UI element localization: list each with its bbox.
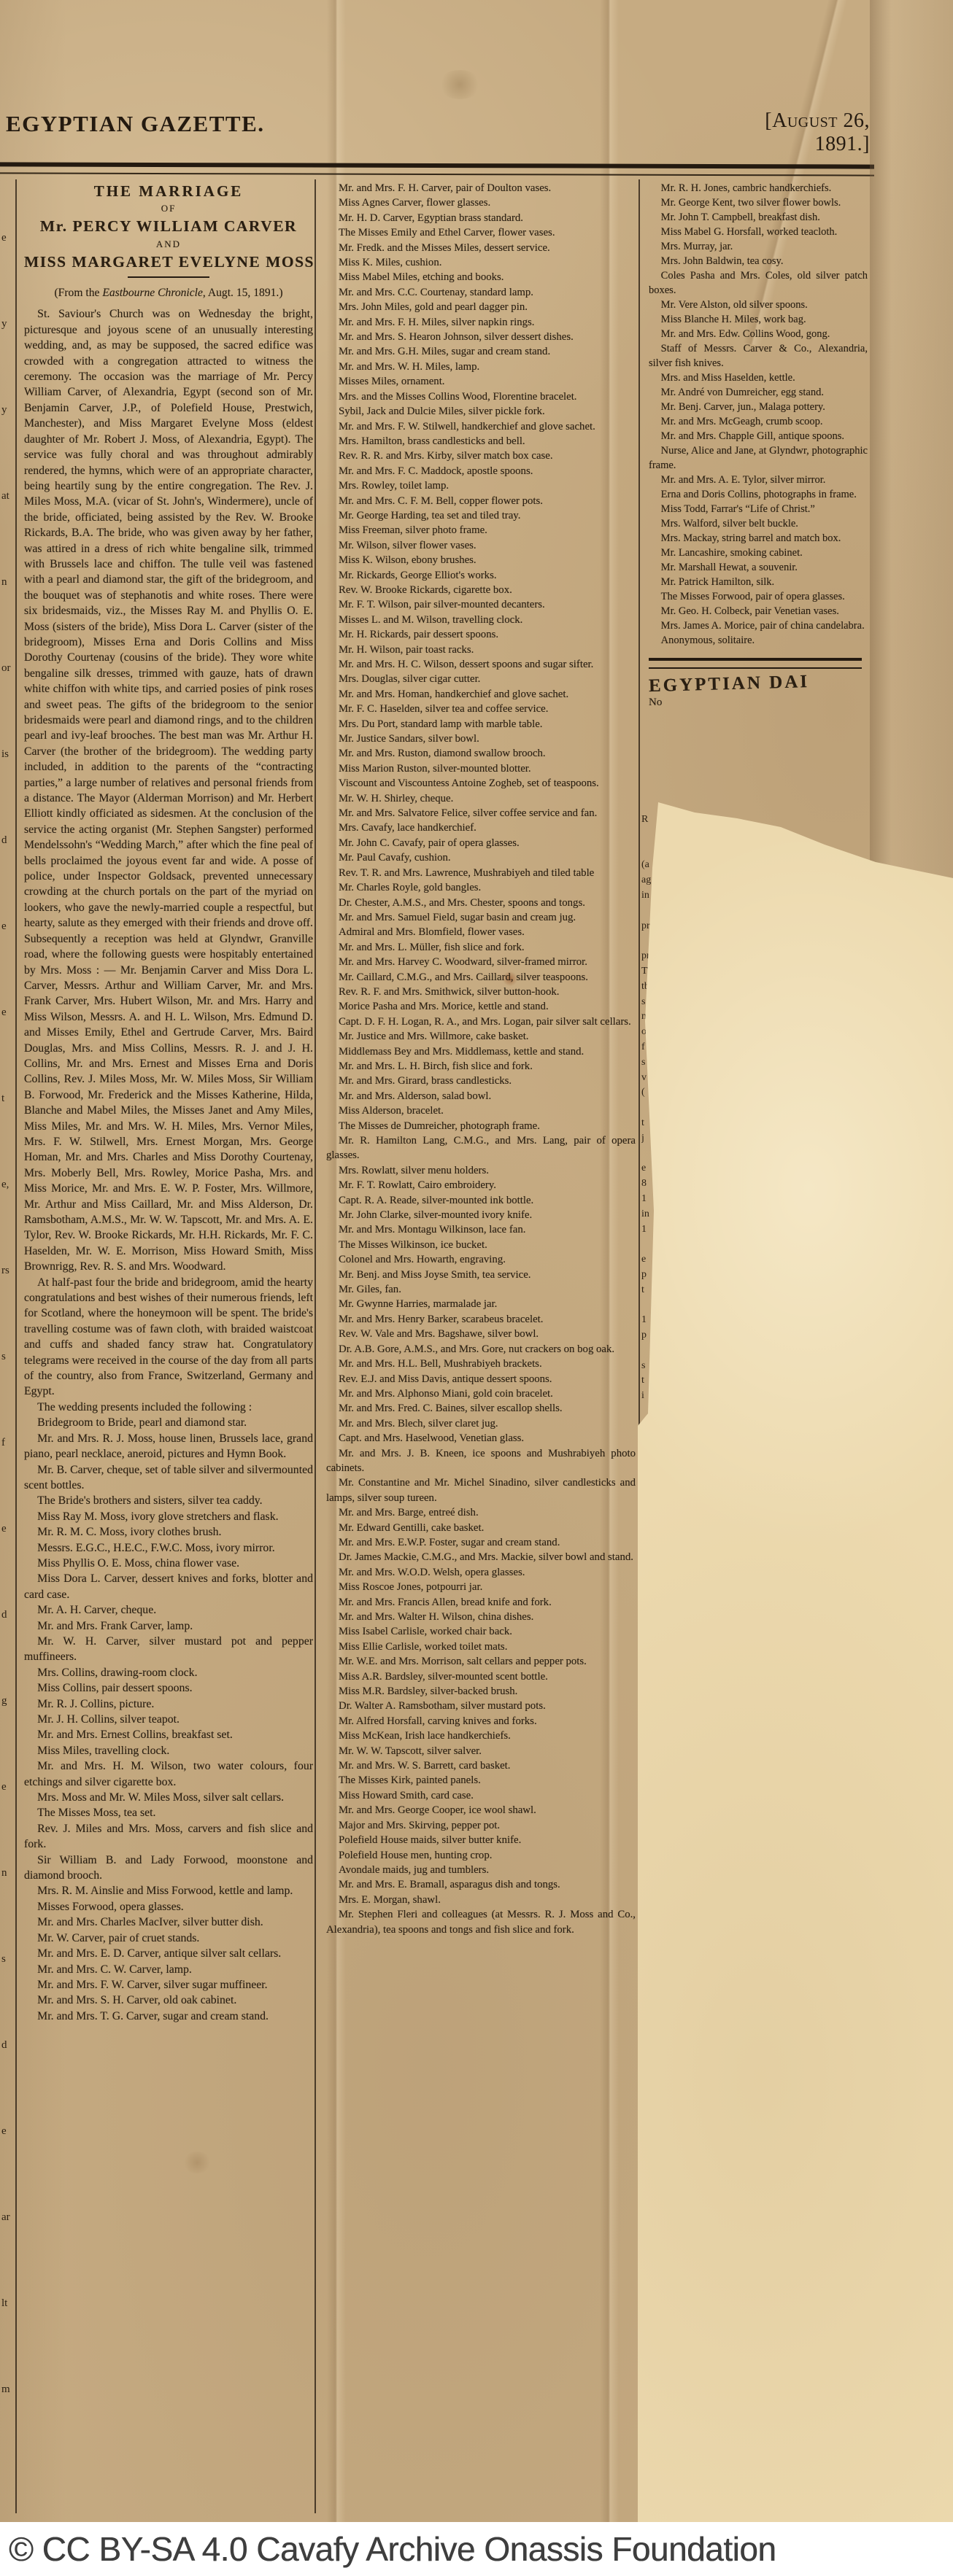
edge-fragment: s xyxy=(1,1351,15,1437)
gift-item: Viscount and Viscountess Antoine Zogheb,… xyxy=(326,776,636,791)
gift-item: Mr. W. H. Carver, silver mustard pot and… xyxy=(24,1634,313,1665)
gift-item: Mr. and Mrs. McGeagh, crumb scoop. xyxy=(649,414,868,429)
gift-item: Mr. and Mrs. C. W. Carver, lamp. xyxy=(24,1962,313,1977)
edge-fragment: t xyxy=(1,1093,15,1179)
gift-item: Erna and Doris Collins, photographs in f… xyxy=(649,487,868,502)
gift-item: Mr. H. Rickards, pair dessert spoons. xyxy=(326,627,636,642)
edge-fragment: e, xyxy=(1,1179,15,1265)
gift-item: Mrs. Rowley, toilet lamp. xyxy=(326,478,636,493)
gift-list-column-2: Mr. and Mrs. F. H. Carver, pair of Doult… xyxy=(326,181,636,1937)
gift-item: Mr. W. W. Tapscott, silver salver. xyxy=(326,1744,636,1758)
gift-item: Mr. Benj. and Miss Joyse Smith, tea serv… xyxy=(326,1268,636,1282)
gift-item: Miss Agnes Carver, flower glasses. xyxy=(326,195,636,210)
headline-bride-name: MISS MARGARET EVELYNE MOSS. xyxy=(24,255,313,270)
gift-item: Mr. Patrick Hamilton, silk. xyxy=(649,575,868,589)
gift-item: Mr. Justice Sandars, silver bowl. xyxy=(326,732,636,746)
gift-item: Mr. Caillard, C.M.G., and Mrs. Caillard,… xyxy=(326,970,636,985)
torn-section-subfragment: No xyxy=(649,695,868,710)
gift-item: Mr. John T. Campbell, breakfast dish. xyxy=(649,210,868,225)
gift-item: The Misses de Dumreicher, photograph fra… xyxy=(326,1119,636,1133)
gift-item: Mr. H. Wilson, pair toast racks. xyxy=(326,643,636,657)
gift-item: Miss Freeman, silver photo frame. xyxy=(326,523,636,538)
gift-item: Mr. and Mrs. W. S. Barrett, card basket. xyxy=(326,1758,636,1773)
gift-item: Mr. and Mrs. Samuel Field, sugar basin a… xyxy=(326,910,636,925)
gift-item: Mr. W.E. and Mrs. Morrison, salt cellars… xyxy=(326,1654,636,1669)
gift-item: Morice Pasha and Mrs. Morice, kettle and… xyxy=(326,999,636,1014)
newspaper-scan-page: EGYPTIAN GAZETTE. [August 26, 1891.] eyy… xyxy=(0,0,953,2576)
gift-item: Miss Ray M. Moss, ivory glove stretchers… xyxy=(24,1509,313,1524)
gift-item: Rev. J. Miles and Mrs. Moss, carvers and… xyxy=(24,1821,313,1853)
gift-item: The Misses Kirk, painted panels. xyxy=(326,1773,636,1788)
gift-item: Miss Collins, pair dessert spoons. xyxy=(24,1680,313,1696)
gift-list-column-1: Bridegroom to Bride, pearl and diamond s… xyxy=(24,1415,313,2024)
gift-item: Mr. Gwynne Harries, marmalade jar. xyxy=(326,1297,636,1311)
gift-item: Sybil, Jack and Dulcie Miles, silver pic… xyxy=(326,404,636,419)
gift-item: Capt. and Mrs. Haselwood, Venetian glass… xyxy=(326,1431,636,1446)
gift-item: Mr. and Mrs. H. M. Wilson, two water col… xyxy=(24,1758,313,1790)
gift-item: Nurse, Alice and Jane, at Glyndwr, photo… xyxy=(649,443,868,473)
edge-fragment: e xyxy=(1,2125,15,2211)
gift-item: Mrs. and Miss Haselden, kettle. xyxy=(649,371,868,385)
gift-item: Mr. and Mrs. F. H. Miles, silver napkin … xyxy=(326,315,636,330)
edge-fragment: m xyxy=(1,2383,15,2470)
gift-item: Bridegroom to Bride, pearl and diamond s… xyxy=(24,1415,313,1430)
gift-item: Mr. Lancashire, smoking cabinet. xyxy=(649,546,868,560)
gift-item: Mr. and Mrs. A. E. Tylor, silver mirror. xyxy=(649,473,868,487)
gift-item: Staff of Messrs. Carver & Co., Alexandri… xyxy=(649,341,868,371)
edge-fragment: f xyxy=(1,1437,15,1523)
edge-fragment: e xyxy=(1,1781,15,1867)
gift-item: Mr. Edward Gentilli, cake basket. xyxy=(326,1521,636,1535)
gift-item: Colonel and Mrs. Howarth, engraving. xyxy=(326,1252,636,1267)
gift-item: The Misses Emily and Ethel Carver, flowe… xyxy=(326,225,636,240)
gift-item: Mr. and Mrs. Salvatore Felice, silver co… xyxy=(326,806,636,820)
gift-item: Miss Phyllis O. E. Moss, china flower va… xyxy=(24,1556,313,1571)
gift-item: Miss Roscoe Jones, potpourri jar. xyxy=(326,1580,636,1594)
gift-item: Miss Alderson, bracelet. xyxy=(326,1103,636,1118)
gift-item: Miss McKean, Irish lace handkerchiefs. xyxy=(326,1729,636,1743)
gift-item: Mrs. Moss and Mr. W. Miles Moss, silver … xyxy=(24,1790,313,1805)
edge-fragment: at xyxy=(1,490,15,576)
gift-item: Miss Howard Smith, card case. xyxy=(326,1788,636,1803)
gift-item: Capt. R. A. Reade, silver-mounted ink bo… xyxy=(326,1193,636,1208)
gift-item: Polefield House maids, silver butter kni… xyxy=(326,1833,636,1847)
gift-item: Mr. Marshall Hewat, a souvenir. xyxy=(649,560,868,575)
gift-item: Mr. W. Carver, pair of cruet stands. xyxy=(24,1931,313,1946)
edge-fragment: n xyxy=(1,576,15,662)
stain-spot xyxy=(438,70,482,99)
gift-item: Mr. and Mrs. W. H. Miles, lamp. xyxy=(326,360,636,374)
gift-item: Mr. and Mrs. Henry Barker, scarabeus bra… xyxy=(326,1312,636,1327)
edge-fragment: e xyxy=(1,1006,15,1093)
gift-item: Rev. T. R. and Mrs. Lawrence, Mushrabiye… xyxy=(326,866,636,880)
right-fold-strip xyxy=(870,0,953,912)
gift-item: Capt. D. F. H. Logan, R. A., and Mrs. Lo… xyxy=(326,1015,636,1029)
gift-item: Misses Miles, ornament. xyxy=(326,374,636,389)
gift-item: Mrs. James A. Morice, pair of china cand… xyxy=(649,618,868,633)
source-line: (From the Eastbourne Chronicle, Augt. 15… xyxy=(24,285,313,300)
gift-item: Mr. and Mrs. C.C. Courtenay, standard la… xyxy=(326,285,636,300)
gift-item: Mr. and Mrs. Charles MacIver, silver but… xyxy=(24,1914,313,1930)
gift-item: Mr. George Kent, two silver flower bowls… xyxy=(649,195,868,210)
gift-item: Sir William B. and Lady Forwood, moonsto… xyxy=(24,1853,313,1884)
gift-item: Mrs. John Baldwin, tea cosy. xyxy=(649,254,868,268)
gift-item: Major and Mrs. Skirving, pepper pot. xyxy=(326,1818,636,1833)
sliver-fragment: R xyxy=(641,814,657,829)
column-2: Mr. and Mrs. F. H. Carver, pair of Doult… xyxy=(326,181,636,2518)
gift-item: Mr. and Mrs. F. W. Stilwell, handkerchie… xyxy=(326,419,636,434)
gift-item: Mrs. Douglas, silver cigar cutter. xyxy=(326,672,636,686)
gift-item: Mrs. Walford, silver belt buckle. xyxy=(649,516,868,531)
gift-item: Mr. Charles Royle, gold bangles. xyxy=(326,880,636,895)
masthead-rule-thin xyxy=(0,172,874,176)
gift-item: Rev. R. F. and Mrs. Smithwick, silver bu… xyxy=(326,985,636,999)
gift-item: Mr. R. M. C. Moss, ivory clothes brush. xyxy=(24,1524,313,1540)
gift-item: Mr. and Mrs. L. H. Birch, fish slice and… xyxy=(326,1059,636,1074)
gift-item: Mr. John Clarke, silver-mounted ivory kn… xyxy=(326,1208,636,1222)
gift-item: Mr. and Mrs. Homan, handkerchief and glo… xyxy=(326,687,636,702)
masthead-title: EGYPTIAN GAZETTE. xyxy=(6,111,265,137)
gift-item: Mr. and Mrs. Barge, entreé dish. xyxy=(326,1505,636,1520)
gift-item: Mr. and Mrs. T. G. Carver, sugar and cre… xyxy=(24,2009,313,2024)
gift-item: Mr. and Mrs. E. Bramall, asparagus dish … xyxy=(326,1877,636,1892)
gift-item: Mrs. Mackay, string barrel and match box… xyxy=(649,531,868,546)
gift-item: Mr. F. T. Wilson, pair silver-mounted de… xyxy=(326,597,636,612)
gift-item: Rev. W. Vale and Mrs. Bagshawe, silver b… xyxy=(326,1327,636,1341)
gift-item: Miss Todd, Farrar's “Life of Christ.” xyxy=(649,502,868,516)
gift-item: Mrs. and the Misses Collins Wood, Floren… xyxy=(326,389,636,404)
gift-item: Mr. and Mrs. S. H. Carver, old oak cabin… xyxy=(24,1993,313,2008)
gift-item: Anonymous, solitaire. xyxy=(649,633,868,648)
gift-item: Mr. Vere Alston, old silver spoons. xyxy=(649,298,868,312)
gift-item: Mr. and Mrs. Harvey C. Woodward, silver-… xyxy=(326,955,636,969)
headline-kicker: THE MARRIAGE xyxy=(24,184,313,199)
article-paragraph: At half-past four the bride and bridegro… xyxy=(24,1275,313,1400)
gift-item: Mr. Geo. H. Colbeck, pair Venetian vases… xyxy=(649,604,868,618)
edge-fragment: s xyxy=(1,1953,15,2039)
gift-item: Mr. and Mrs. Alderson, salad bowl. xyxy=(326,1089,636,1103)
column-rule-left xyxy=(15,179,17,2513)
gift-item: Mr. Paul Cavafy, cushion. xyxy=(326,850,636,865)
gift-item: Mr. Fredk. and the Misses Miles, dessert… xyxy=(326,241,636,255)
gift-item: Mr. and Mrs. E.W.P. Foster, sugar and cr… xyxy=(326,1535,636,1550)
gift-item: Mrs. E. Morgan, shawl. xyxy=(326,1893,636,1907)
gift-item: Mr. and Mrs. Ernest Collins, breakfast s… xyxy=(24,1727,313,1742)
gift-item: Mr. F. C. Haselden, silver tea and coffe… xyxy=(326,702,636,716)
gift-item: Miss K. Wilson, ebony brushes. xyxy=(326,553,636,567)
gift-item: Mr. Constantine and Mr. Michel Sinadino,… xyxy=(326,1475,636,1505)
gift-item: Miss K. Miles, cushion. xyxy=(326,255,636,270)
gift-item: The Bride's brothers and sisters, silver… xyxy=(24,1493,313,1508)
gift-item: The Misses Moss, tea set. xyxy=(24,1805,313,1820)
gift-item: Mr. Giles, fan. xyxy=(326,1282,636,1297)
article-body: St. Saviour's Church was on Wednesday th… xyxy=(24,306,313,1399)
edge-fragment: is xyxy=(1,748,15,834)
edge-fragment: g xyxy=(1,1695,15,1781)
gift-item: Miss Miles, travelling clock. xyxy=(24,1743,313,1758)
gift-item: Misses L. and M. Wilson, travelling cloc… xyxy=(326,613,636,627)
gift-item: Mr. and Mrs. F. C. Maddock, apostle spoo… xyxy=(326,464,636,478)
left-edge-fragments: eyyatnorisdeete,rssfedgensdearltm xyxy=(1,232,15,2470)
headline-and: AND xyxy=(24,236,313,252)
gift-item: Miss Marion Ruston, silver-mounted blott… xyxy=(326,761,636,776)
gift-item: Mrs. Hamilton, brass candlesticks and be… xyxy=(326,434,636,449)
gift-item: Miss Dora L. Carver, dessert knives and … xyxy=(24,1571,313,1602)
gift-item: The Misses Wilkinson, ice bucket. xyxy=(326,1238,636,1252)
gift-item: Mr. and Mrs. G.H. Miles, sugar and cream… xyxy=(326,344,636,359)
gift-item: Mr. Wilson, silver flower vases. xyxy=(326,538,636,553)
edge-fragment: lt xyxy=(1,2297,15,2383)
gift-item: Mr. Alfred Horsfall, carving knives and … xyxy=(326,1714,636,1729)
edge-fragment: n xyxy=(1,1867,15,1953)
gift-item: Rev. E.J. and Miss Davis, antique desser… xyxy=(326,1372,636,1386)
headline-of: OF xyxy=(24,201,313,216)
gift-list-column-3: Mr. R. H. Jones, cambric handkerchiefs.M… xyxy=(649,181,868,648)
source-suffix: , Augt. 15, 1891.) xyxy=(203,287,283,299)
edge-fragment: or xyxy=(1,662,15,748)
gift-item: Dr. A.B. Gore, A.M.S., and Mrs. Gore, nu… xyxy=(326,1342,636,1357)
gift-item: Mrs. Rowlatt, silver menu holders. xyxy=(326,1163,636,1178)
gift-item: Misses Forwood, opera glasses. xyxy=(24,1899,313,1914)
gift-item: Miss A.R. Bardsley, silver-mounted scent… xyxy=(326,1669,636,1684)
masthead-date: [August 26, 1891.] xyxy=(731,109,870,156)
gift-item: Miss Isabel Carlisle, worked chair back. xyxy=(326,1624,636,1639)
gift-item: Mr. and Mrs. R. J. Moss, house linen, Br… xyxy=(24,1431,313,1462)
edge-fragment: e xyxy=(1,1523,15,1609)
gift-item: Mr. R. Hamilton Lang, C.M.G., and Mrs. L… xyxy=(326,1133,636,1163)
gift-item: Mr. and Mrs. F. W. Carver, silver sugar … xyxy=(24,1977,313,1993)
gift-item: Mr. F. T. Rowlatt, Cairo embroidery. xyxy=(326,1178,636,1192)
edge-fragment: d xyxy=(1,2039,15,2125)
gift-item: Mrs. Cavafy, lace handkerchief. xyxy=(326,820,636,835)
gift-item: Mr. and Mrs. Blech, silver claret jug. xyxy=(326,1416,636,1431)
torn-section-heading: EGYPTIAN DAI xyxy=(649,673,868,694)
gift-item: Mr. André von Dumreicher, egg stand. xyxy=(649,385,868,400)
edge-fragment: d xyxy=(1,834,15,920)
gift-item: Admiral and Mrs. Blomfield, flower vases… xyxy=(326,925,636,939)
gift-item: Mr. R. J. Collins, picture. xyxy=(24,1696,313,1712)
gift-item: Rev. R. R. and Mrs. Kirby, silver match … xyxy=(326,449,636,463)
column-1: THE MARRIAGE OF Mr. PERCY WILLIAM CARVER… xyxy=(24,181,313,2515)
gift-item: Mr. and Mrs. C. F. M. Bell, copper flowe… xyxy=(326,494,636,508)
gift-item: Mr. and Mrs. George Cooper, ice wool sha… xyxy=(326,1803,636,1817)
gift-item: Miss Ellie Carlisle, worked toilet mats. xyxy=(326,1640,636,1654)
torn-blank-paper xyxy=(633,744,953,2522)
gift-item: Mr. Stephen Fleri and colleagues (at Mes… xyxy=(326,1907,636,1937)
gift-item: Miss Blanche H. Miles, work bag. xyxy=(649,312,868,327)
edge-fragment: y xyxy=(1,404,15,490)
gift-item: Mr. J. H. Collins, silver teapot. xyxy=(24,1712,313,1727)
gift-item: Polefield House men, hunting crop. xyxy=(326,1848,636,1863)
gift-item: Mr. H. D. Carver, Egyptian brass standar… xyxy=(326,211,636,225)
gift-item: Mr. and Mrs. E. D. Carver, antique silve… xyxy=(24,1946,313,1961)
source-title: Eastbourne Chronicle xyxy=(102,287,203,299)
gift-item: Messrs. E.G.C., H.E.C., F.W.C. Moss, ivo… xyxy=(24,1540,313,1556)
gift-item: Miss Mabel G. Horsfall, worked teacloth. xyxy=(649,225,868,239)
gift-item: Mr. and Mrs. Francis Allen, bread knife … xyxy=(326,1595,636,1610)
headline-groom-name: Mr. PERCY WILLIAM CARVER xyxy=(24,219,313,234)
edge-fragment: rs xyxy=(1,1265,15,1351)
gift-item: Mr. R. H. Jones, cambric handkerchiefs. xyxy=(649,181,868,195)
edge-fragment: e xyxy=(1,232,15,318)
gift-item: Mr. and Mrs. Walter H. Wilson, china dis… xyxy=(326,1610,636,1624)
gift-item: Coles Pasha and Mrs. Coles, old silver p… xyxy=(649,268,868,298)
edge-fragment: e xyxy=(1,920,15,1006)
gift-item: Mr. and Mrs. Edw. Collins Wood, gong. xyxy=(649,327,868,341)
gift-item: Miss M.R. Bardsley, silver-backed brush. xyxy=(326,1684,636,1699)
gift-item: Mrs. John Miles, gold and pearl dagger p… xyxy=(326,300,636,314)
gift-item: Mr. and Mrs. Girard, brass candlesticks. xyxy=(326,1074,636,1088)
license-text: © CC BY-SA 4.0 Cavafy Archive Onassis Fo… xyxy=(0,2529,776,2569)
edge-fragment: y xyxy=(1,318,15,404)
gift-item: Mr. and Mrs. Fred. C. Baines, silver esc… xyxy=(326,1401,636,1416)
gift-item: Mr. and Mrs. Ruston, diamond swallow bro… xyxy=(326,746,636,761)
article-paragraph: St. Saviour's Church was on Wednesday th… xyxy=(24,306,313,1274)
headline-rule xyxy=(128,276,209,278)
gift-item: Mr. A. H. Carver, cheque. xyxy=(24,1602,313,1618)
gift-item: Mr. and Mrs. H. C. Wilson, dessert spoon… xyxy=(326,657,636,672)
gift-item: Mr. John C. Cavafy, pair of opera glasse… xyxy=(326,836,636,850)
gift-item: Mr. W. H. Shirley, cheque. xyxy=(326,791,636,806)
gift-item: Mr. and Mrs. W.O.D. Welsh, opera glasses… xyxy=(326,1565,636,1580)
gift-item: Mr. and Mrs. Montagu Wilkinson, lace fan… xyxy=(326,1222,636,1237)
gift-item: The Misses Forwood, pair of opera glasse… xyxy=(649,589,868,604)
gift-item: Mr. Justice and Mrs. Willmore, cake bask… xyxy=(326,1029,636,1044)
gift-item: Mr. and Mrs. S. Hearon Johnson, silver d… xyxy=(326,330,636,344)
newsprint-clipping: EGYPTIAN GAZETTE. [August 26, 1891.] eyy… xyxy=(0,0,953,2522)
gift-item: Mrs. Du Port, standard lamp with marble … xyxy=(326,717,636,732)
gift-item: Mr. and Mrs. F. H. Carver, pair of Doult… xyxy=(326,181,636,195)
edge-fragment: d xyxy=(1,1609,15,1695)
gift-item: Middlemass Bey and Mrs. Middlemass, kett… xyxy=(326,1044,636,1059)
gift-item: Mr. Rickards, George Elliot's works. xyxy=(326,568,636,583)
gift-item: Mr. and Mrs. Frank Carver, lamp. xyxy=(24,1618,313,1634)
gift-item: Mr. and Mrs. H.L. Bell, Mushrabiyeh brac… xyxy=(326,1357,636,1371)
gift-item: Mr. Benj. Carver, jun., Malaga pottery. xyxy=(649,400,868,414)
gift-item: Mr. George Harding, tea set and tiled tr… xyxy=(326,508,636,523)
gift-item: Rev. W. Brooke Rickards, cigarette box. xyxy=(326,583,636,597)
gift-item: Dr. Walter A. Ramsbotham, silver mustard… xyxy=(326,1699,636,1713)
gift-item: Dr. James Mackie, C.M.G., and Mrs. Macki… xyxy=(326,1550,636,1564)
gift-item: Mr. and Mrs. J. B. Kneen, ice spoons and… xyxy=(326,1446,636,1476)
presents-intro: The wedding presents included the follow… xyxy=(24,1400,313,1415)
gift-item: Avondale maids, jug and tumblers. xyxy=(326,1863,636,1877)
source-prefix: (From the xyxy=(54,287,102,299)
masthead-rule-thick xyxy=(0,162,874,168)
gift-item: Miss Mabel Miles, etching and books. xyxy=(326,270,636,284)
column-rule-middle xyxy=(315,179,316,2513)
gift-item: Mr. and Mrs. Alphonso Miani, gold coin b… xyxy=(326,1386,636,1401)
license-footer: © CC BY-SA 4.0 Cavafy Archive Onassis Fo… xyxy=(0,2522,953,2576)
gift-item: Mrs. Collins, drawing-room clock. xyxy=(24,1665,313,1680)
gift-item: Mr. and Mrs. L. Müller, fish slice and f… xyxy=(326,940,636,955)
section-divider-rule xyxy=(649,658,862,669)
gift-item: Mr. B. Carver, cheque, set of table silv… xyxy=(24,1462,313,1494)
gift-item: Mrs. Murray, jar. xyxy=(649,239,868,254)
edge-fragment: ar xyxy=(1,2211,15,2297)
gift-item: Dr. Chester, A.M.S., and Mrs. Chester, s… xyxy=(326,896,636,910)
gift-item: Mrs. R. M. Ainslie and Miss Forwood, ket… xyxy=(24,1883,313,1898)
gift-item: Mr. and Mrs. Chapple Gill, antique spoon… xyxy=(649,429,868,443)
sliver-fragment xyxy=(641,829,657,845)
